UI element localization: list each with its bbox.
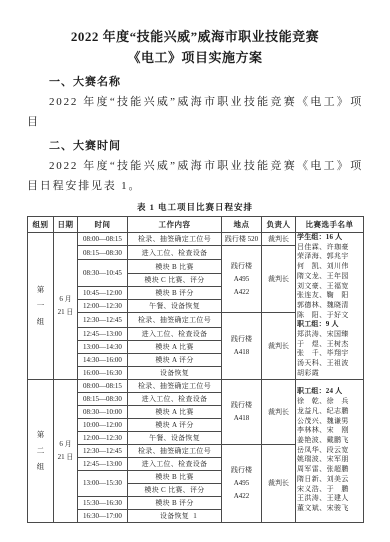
task-cell: 模块 C 比赛、评分 xyxy=(128,274,222,287)
section2-body: 2022 年度“技能兴威”威海市职业技能竞赛《电工》项目日程安排见表 1。 xyxy=(27,156,363,196)
roster-names: 周军雷、张超鹏 xyxy=(297,465,362,475)
task-cell: 进入工位、检查设备 xyxy=(128,327,222,340)
task-cell: 模块 A 比赛 xyxy=(128,405,222,418)
col-header-time: 时间 xyxy=(78,217,128,233)
col-header-task: 工作内容 xyxy=(128,217,222,233)
time-cell: 08:15—08:30 xyxy=(78,392,128,405)
time-cell: 12:30—12:45 xyxy=(78,313,128,327)
roster-names: 张连友、鞠 阳 xyxy=(297,291,362,301)
roster-names: 郑洪涛、宋国臻 xyxy=(297,330,362,340)
roster-names: 郭德林、魏晓清 xyxy=(297,301,362,311)
task-cell: 进入工位、检查设备 xyxy=(128,392,222,405)
document-title-line2: 《电工》项目实施方案 xyxy=(27,47,363,68)
roster-names: 姜艳波、戴鹏飞 xyxy=(297,436,362,446)
table-row: 第一组 6 月 21 日 08:00—08:15 检录、抽签确定工位号 践行楼 … xyxy=(28,233,364,246)
roster-names: 何 凯、刘川伟 xyxy=(297,262,362,272)
time-cell: 12:45—13:00 xyxy=(78,457,128,470)
time-cell: 10:45—12:00 xyxy=(78,287,128,300)
time-cell: 08:00—08:15 xyxy=(78,233,128,246)
group-label: 第一组 xyxy=(37,282,45,330)
time-cell: 13:00—14:30 xyxy=(78,340,128,353)
col-header-lead: 负责人 xyxy=(262,217,296,233)
task-cell: 模块 B 评分 xyxy=(128,496,222,509)
roster-cell: 学生组：16 人 吕佳霖、许珈豪 荣泽海、郭兆宇 何 凯、刘川伟 隋文龙、王年园… xyxy=(296,233,364,380)
time-cell: 13:00—15:30 xyxy=(78,470,128,496)
roster-names: 隋文龙、王年园 xyxy=(297,272,362,282)
location-cell: 践行楼 A418 xyxy=(222,313,262,379)
roster-names: 汤天科、王祖波 xyxy=(297,359,362,369)
roster-names: 于 煜、王树杰 xyxy=(297,340,362,350)
roster-names: 张 千、毕翔宇 xyxy=(297,349,362,359)
date-cell: 6 月 21 日 xyxy=(54,379,78,522)
time-cell: 12:30—12:45 xyxy=(78,444,128,457)
task-cell: 模块 B 评分 xyxy=(128,287,222,300)
document-page: 2022 年度“技能兴威”威海市职业技能竞赛 《电工》项目实施方案 一、大赛名称… xyxy=(0,0,390,523)
roster-list-group2: 职工组：24 人 徐 乾、徐 兵 龙益凡、纪志鹏 公茂兴、魏谦男 李林林、宋 刚… xyxy=(297,387,362,513)
task-cell: 模块 A 评分 xyxy=(128,418,222,431)
roster-names: 胡彩霞 xyxy=(297,369,362,379)
task-cell: 检录、抽签确定工位号 xyxy=(128,444,222,457)
time-cell: 14:30—16:00 xyxy=(78,353,128,366)
table-caption: 表 1 电工项目比赛日程安排 xyxy=(27,201,363,213)
roster-names: 龙益凡、纪志鹏 xyxy=(297,407,362,417)
roster-names: 吕佳霖、许珈豪 xyxy=(297,243,362,253)
task-cell: 模块 B 比赛 xyxy=(128,470,222,483)
task-cell: 模块 C 比赛、评分 xyxy=(128,483,222,496)
roster-names: 隋日新、刘美云 xyxy=(297,475,362,485)
group-label: 第二组 xyxy=(37,427,45,475)
col-header-date: 日期 xyxy=(54,217,78,233)
time-cell: 08:15—08:30 xyxy=(78,246,128,260)
page-number: 1 xyxy=(0,511,390,520)
task-cell: 进入工位、检查设备 xyxy=(128,246,222,260)
roster-group-title: 学生组：16 人 xyxy=(297,233,362,243)
task-cell: 模块 A 评分 xyxy=(128,353,222,366)
lead-cell: 裁判长 xyxy=(262,246,296,313)
time-cell: 08:00—08:15 xyxy=(78,379,128,392)
roster-list-group1: 学生组：16 人 吕佳霖、许珈豪 荣泽海、郭兆宇 何 凯、刘川伟 隋文龙、王年园… xyxy=(297,233,362,379)
lead-cell: 裁判长 xyxy=(262,379,296,444)
time-cell: 10:00—12:00 xyxy=(78,418,128,431)
roster-names: 徐 乾、徐 兵 xyxy=(297,397,362,407)
lead-cell: 裁判长 xyxy=(262,313,296,379)
roster-cell: 职工组：24 人 徐 乾、徐 兵 龙益凡、纪志鹏 公茂兴、魏谦男 李林林、宋 刚… xyxy=(296,379,364,522)
task-cell: 进入工位、检查设备 xyxy=(128,457,222,470)
roster-names: 荣泽海、郭兆宇 xyxy=(297,252,362,262)
group-cell: 第一组 xyxy=(28,233,54,380)
section1-heading: 一、大赛名称 xyxy=(27,72,363,92)
roster-names: 王洪涛、王建人 xyxy=(297,494,362,504)
time-cell: 12:00—12:30 xyxy=(78,300,128,313)
time-cell: 08:30—10:00 xyxy=(78,405,128,418)
col-header-roster: 比赛选手名单 xyxy=(296,217,364,233)
roster-group-title: 职工组：24 人 xyxy=(297,387,362,397)
table-row: 第二组 6 月 21 日 08:00—08:15 检录、抽签确定工位号 践行楼 … xyxy=(28,379,364,392)
time-cell: 12:00—12:30 xyxy=(78,431,128,444)
time-cell: 15:30—16:30 xyxy=(78,496,128,509)
task-cell: 午餐、设备恢复 xyxy=(128,431,222,444)
time-cell: 16:00—16:30 xyxy=(78,366,128,379)
task-cell: 设备恢复 xyxy=(128,366,222,379)
task-cell: 午餐、设备恢复 xyxy=(128,300,222,313)
roster-group-title: 职工组：9 人 xyxy=(297,320,362,330)
task-cell: 检录、抽签确定工位号 xyxy=(128,313,222,327)
task-cell: 模块 A 比赛 xyxy=(128,340,222,353)
location-cell: 践行楼 520 xyxy=(222,233,262,246)
section1-body: 2022 年度“技能兴威”威海市职业技能竞赛《电工》项目 xyxy=(27,92,363,132)
time-cell: 12:45—13:00 xyxy=(78,327,128,340)
date-cell: 6 月 21 日 xyxy=(54,233,78,380)
section2-heading: 二、大赛时间 xyxy=(27,136,363,156)
task-cell: 模块 B 比赛 xyxy=(128,260,222,274)
roster-names: 李林林、宋 刚 xyxy=(297,426,362,436)
roster-names: 宋义浩、于 鹏 xyxy=(297,485,362,495)
roster-names: 公茂兴、魏谦男 xyxy=(297,417,362,427)
roster-names: 姚瑞波、宋军朋 xyxy=(297,455,362,465)
time-cell: 08:30—10:45 xyxy=(78,260,128,287)
location-cell: 践行楼 A495 A422 xyxy=(222,246,262,313)
group-cell: 第二组 xyxy=(28,379,54,522)
roster-names: 岳凤华、段云宽 xyxy=(297,446,362,456)
roster-names: 刘文豪、王福宽 xyxy=(297,282,362,292)
col-header-group: 组别 xyxy=(28,217,54,233)
document-title-line1: 2022 年度“技能兴威”威海市职业技能竞赛 xyxy=(27,26,363,47)
roster-names: 陈 阳、于好文 xyxy=(297,311,362,321)
col-header-location: 地点 xyxy=(222,217,262,233)
task-cell: 检录、抽签确定工位号 xyxy=(128,379,222,392)
header-row: 组别 日期 时间 工作内容 地点 负责人 比赛选手名单 xyxy=(28,217,364,233)
schedule-table: 组别 日期 时间 工作内容 地点 负责人 比赛选手名单 第一组 6 月 21 日… xyxy=(27,216,364,523)
task-cell: 检录、抽签确定工位号 xyxy=(128,233,222,246)
lead-cell: 裁判长 xyxy=(262,233,296,246)
location-cell: 践行楼 A418 xyxy=(222,379,262,444)
